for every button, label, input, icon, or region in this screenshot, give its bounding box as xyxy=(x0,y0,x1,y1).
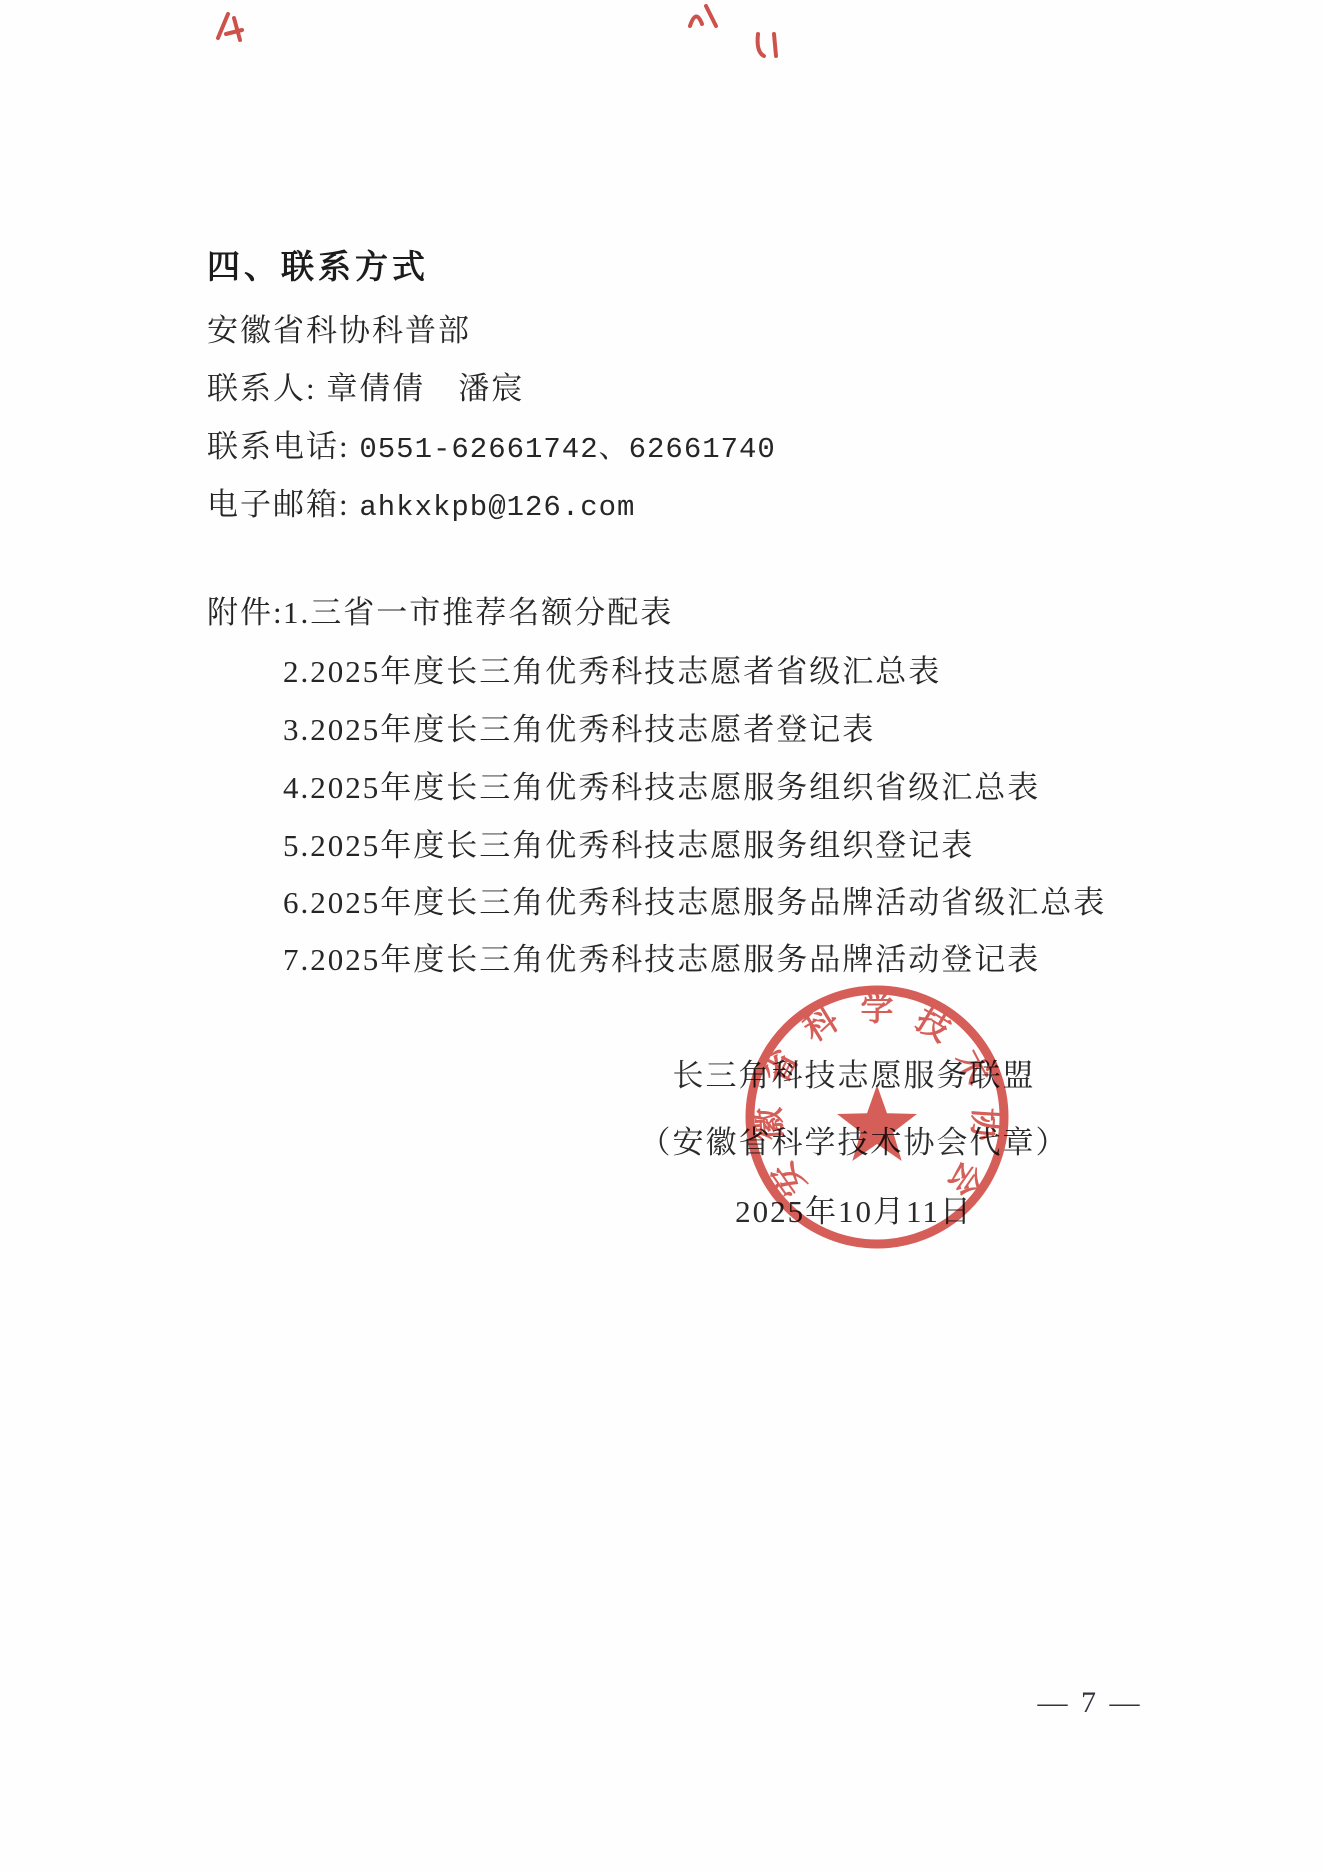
contact-phone-label: 联系电话: xyxy=(207,429,359,464)
attachment-item: 3.2025年度长三角优秀科技志愿者登记表 xyxy=(283,709,875,751)
contact-phone-value: 0551-62661742、62661740 xyxy=(359,433,775,466)
document-page: 四、联系方式 安徽省科协科普部 联系人: 章倩倩 潘宸 联系电话: 0551-6… xyxy=(0,0,1323,1871)
attachment-item: 7.2025年度长三角优秀科技志愿服务品牌活动登记表 xyxy=(283,939,1040,981)
contact-department: 安徽省科协科普部 xyxy=(207,310,471,352)
red-scan-artifact xyxy=(752,30,782,60)
signature-organization: 长三角科技志愿服务联盟 xyxy=(598,1055,1110,1097)
contact-email-value: ahkxkpb@126.com xyxy=(359,491,635,524)
svg-text:学: 学 xyxy=(861,991,894,1028)
red-scan-artifact xyxy=(686,2,720,32)
attachment-item: 4.2025年度长三角优秀科技志愿服务组织省级汇总表 xyxy=(283,767,1040,809)
contact-email-line: 电子邮箱: ahkxkpb@126.com xyxy=(207,484,635,529)
contact-phone-line: 联系电话: 0551-62661742、62661740 xyxy=(207,426,776,471)
attachment-item: 1.三省一市推荐名额分配表 xyxy=(283,592,673,634)
signature-on-behalf: （安徽省科学技术协会代章） xyxy=(598,1122,1110,1164)
svg-text:技: 技 xyxy=(909,1001,956,1050)
contact-email-label: 电子邮箱: xyxy=(207,487,359,522)
attachment-item: 5.2025年度长三角优秀科技志愿服务组织登记表 xyxy=(283,825,974,867)
attachment-item: 6.2025年度长三角优秀科技志愿服务品牌活动省级汇总表 xyxy=(283,882,1106,924)
red-scan-artifact xyxy=(212,10,248,44)
attachment-item: 2.2025年度长三角优秀科技志愿者省级汇总表 xyxy=(283,651,941,693)
contact-person-line: 联系人: 章倩倩 潘宸 xyxy=(207,368,524,410)
attachments-label: 附件: xyxy=(207,592,284,634)
signature-date: 2025年10月11日 xyxy=(598,1191,1110,1233)
page-number: — 7 — xyxy=(1020,1686,1160,1720)
section-heading: 四、联系方式 xyxy=(207,246,429,288)
svg-text:科: 科 xyxy=(798,1001,845,1050)
